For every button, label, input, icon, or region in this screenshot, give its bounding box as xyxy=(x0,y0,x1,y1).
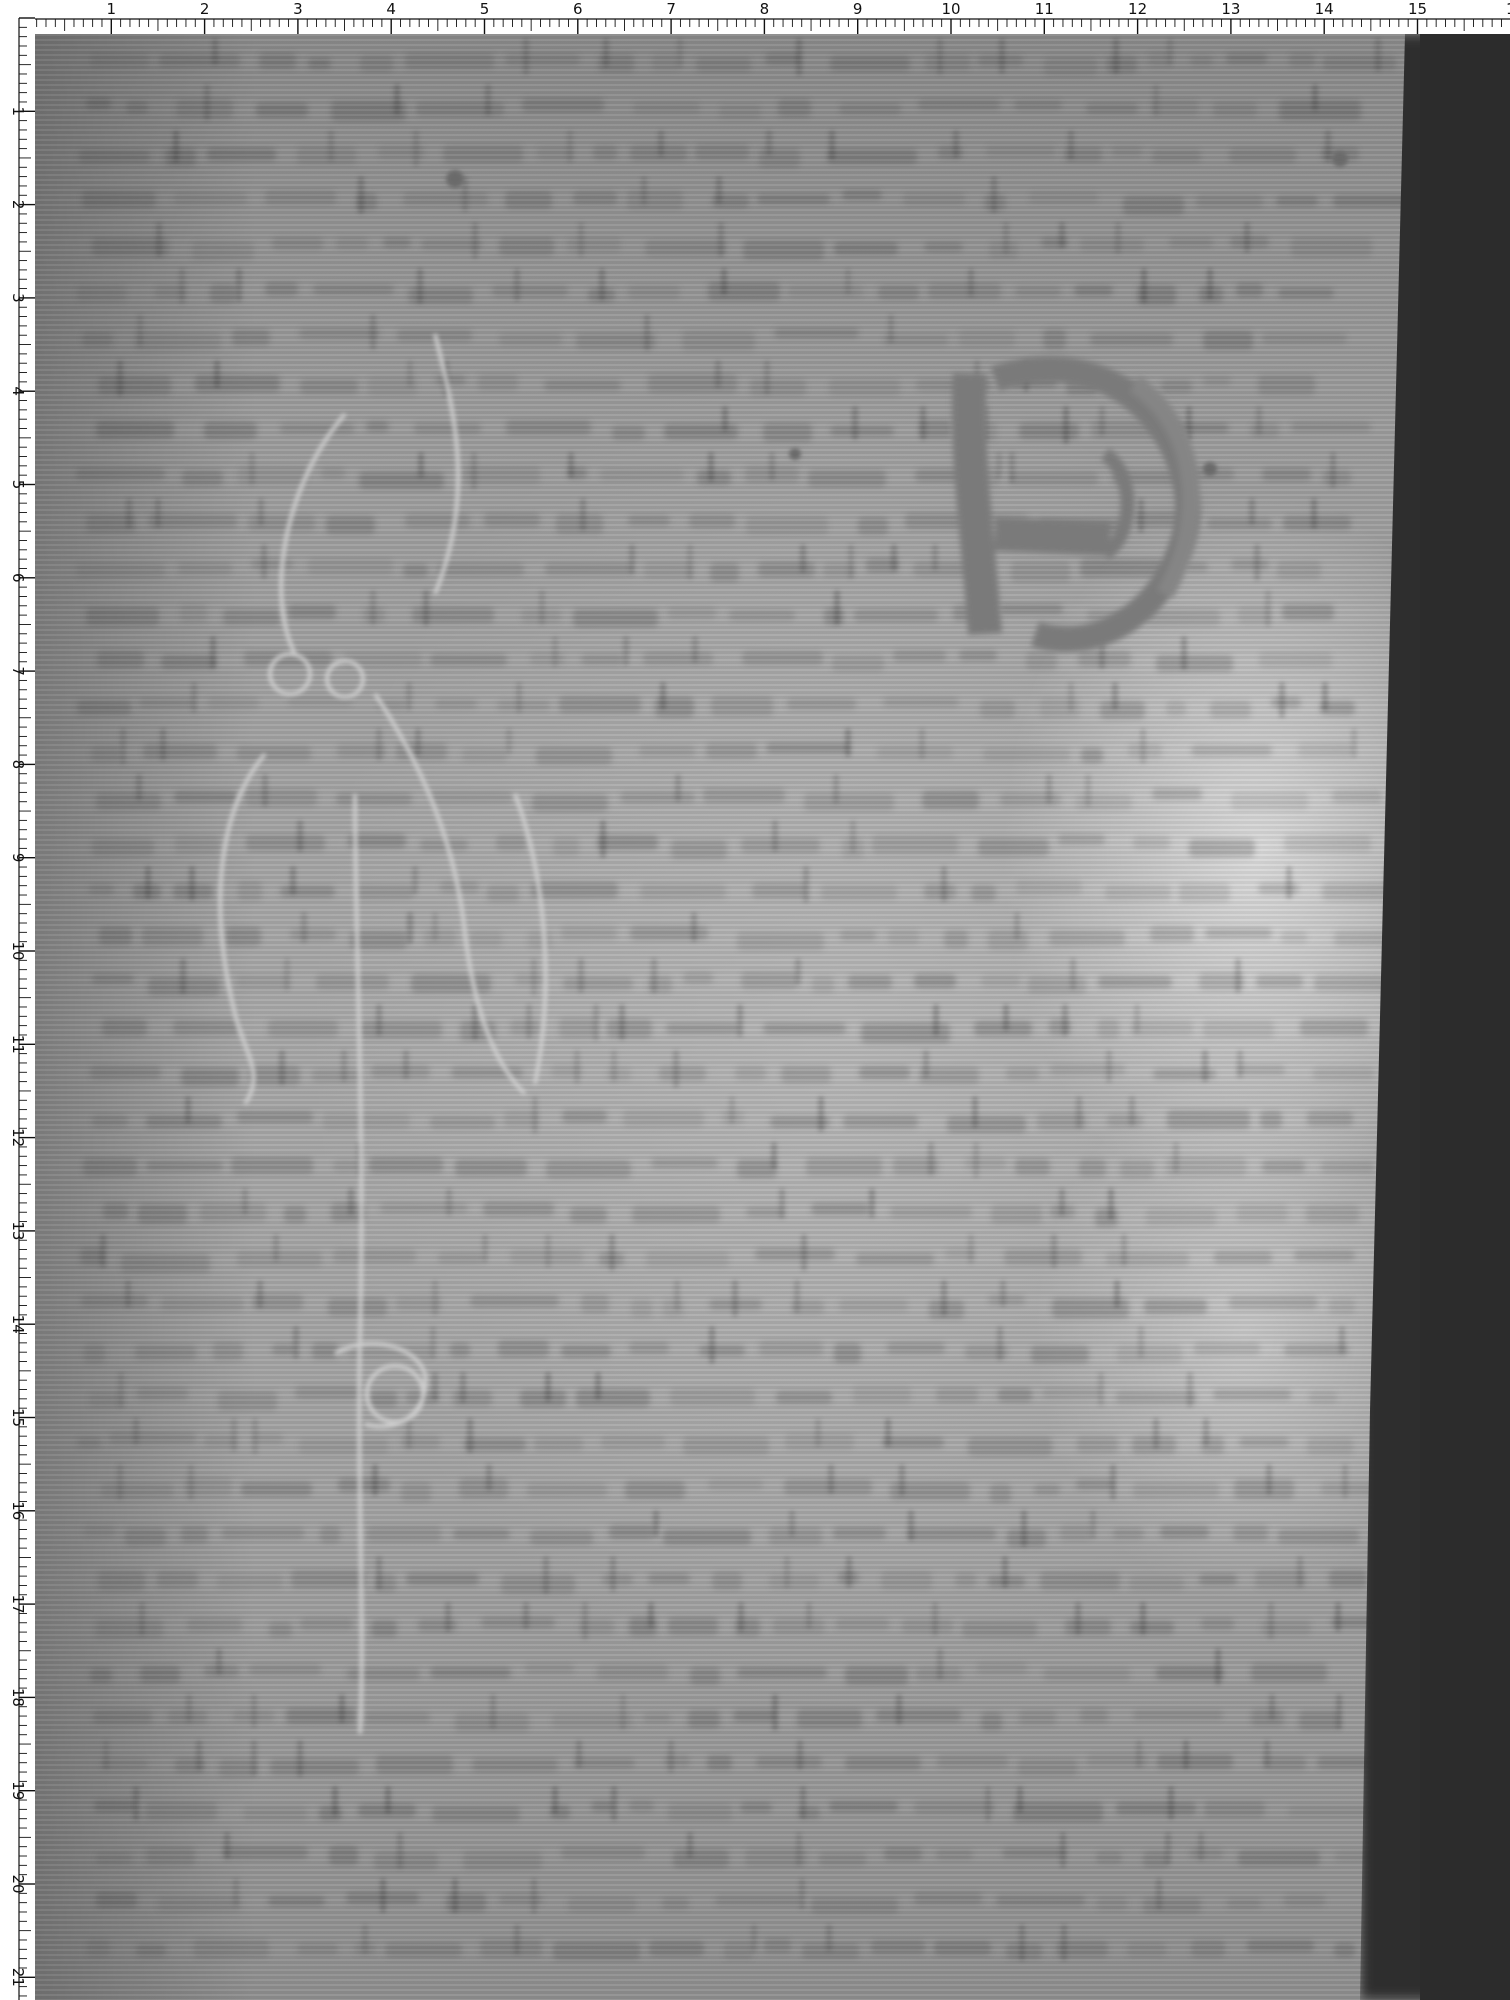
ink-spots xyxy=(446,151,1348,476)
top-ruler-label: 14 xyxy=(1315,0,1334,18)
manuscript-features xyxy=(35,34,1510,2000)
top-ruler-label: 2 xyxy=(200,0,210,18)
top-ruler: 01234567891011121314151 xyxy=(0,0,1510,34)
top-ruler-label: 6 xyxy=(573,0,583,18)
left-ruler-label: 16 xyxy=(9,1501,27,1520)
left-ruler: 123456789101112131415161718192021 xyxy=(0,0,35,2000)
left-ruler-label: 3 xyxy=(9,293,27,303)
left-ruler-label: 14 xyxy=(9,1315,27,1334)
top-ruler-label: 10 xyxy=(941,0,960,18)
left-ruler-label: 9 xyxy=(9,853,27,863)
top-ruler-label: 1 xyxy=(107,0,117,18)
top-ruler-label: 4 xyxy=(386,0,396,18)
watermark-figure xyxy=(220,334,545,1734)
left-ruler-scale: 123456789101112131415161718192021 xyxy=(0,0,35,2000)
left-ruler-label: 18 xyxy=(9,1688,27,1707)
left-ruler-label: 17 xyxy=(9,1595,27,1614)
top-ruler-label: 9 xyxy=(853,0,863,18)
left-ruler-label: 10 xyxy=(9,941,27,960)
top-ruler-label: 13 xyxy=(1221,0,1240,18)
top-ruler-label: 11 xyxy=(1035,0,1054,18)
top-ruler-label: 15 xyxy=(1408,0,1427,18)
left-ruler-label: 5 xyxy=(9,480,27,490)
initial-d-figure xyxy=(969,369,1191,639)
left-ruler-label: 2 xyxy=(9,200,27,210)
left-ruler-label: 11 xyxy=(9,1035,27,1054)
background-edge xyxy=(1420,34,1510,2000)
left-ruler-label: 13 xyxy=(9,1221,27,1240)
top-ruler-label: 3 xyxy=(293,0,303,18)
left-ruler-label: 19 xyxy=(9,1781,27,1800)
top-ruler-label: 8 xyxy=(760,0,770,18)
left-ruler-label: 7 xyxy=(9,666,27,676)
top-ruler-label: 12 xyxy=(1128,0,1147,18)
left-ruler-label: 21 xyxy=(9,1968,27,1987)
left-ruler-label: 6 xyxy=(9,573,27,583)
left-ruler-label: 1 xyxy=(9,107,27,117)
top-ruler-label: 1 xyxy=(1506,0,1510,18)
top-ruler-label: 5 xyxy=(480,0,490,18)
top-ruler-label: 7 xyxy=(666,0,676,18)
top-ruler-scale: 01234567891011121314151 xyxy=(0,0,1510,34)
left-ruler-label: 4 xyxy=(9,386,27,396)
left-ruler-label: 20 xyxy=(9,1874,27,1893)
left-ruler-label: 12 xyxy=(9,1128,27,1147)
left-ruler-label: 8 xyxy=(9,760,27,770)
left-ruler-label: 15 xyxy=(9,1408,27,1427)
manuscript-scan xyxy=(35,34,1510,2000)
